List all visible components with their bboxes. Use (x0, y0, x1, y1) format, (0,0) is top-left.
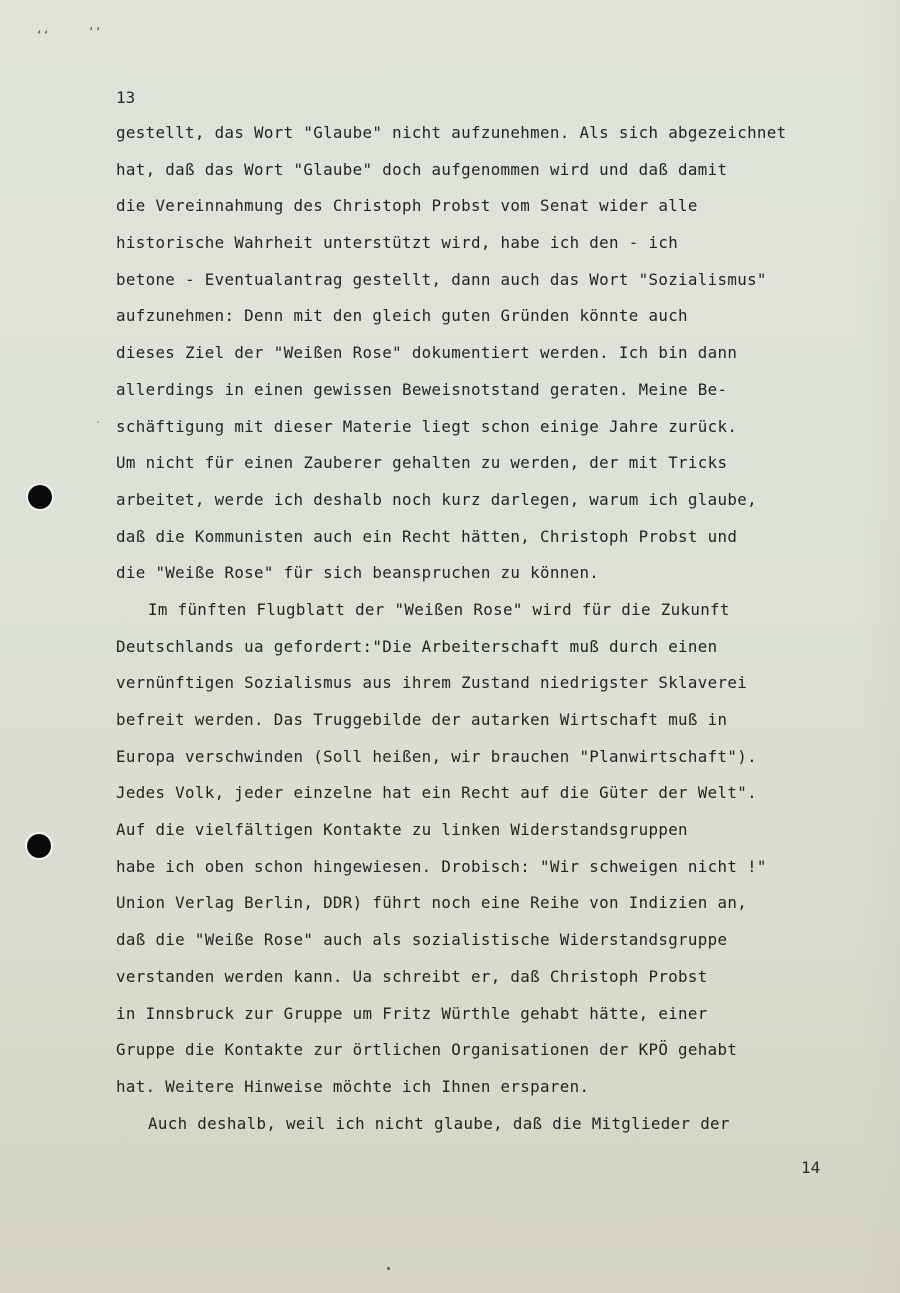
text-line: die "Weiße Rose" für sich beanspruchen z… (116, 563, 876, 600)
text-line: arbeitet, werde ich deshalb noch kurz da… (116, 490, 876, 527)
text-line: aufzunehmen: Denn mit den gleich guten G… (116, 306, 876, 343)
text-line: in Innsbruck zur Gruppe um Fritz Würthle… (116, 1004, 876, 1041)
text-line: befreit werden. Das Truggebilde der auta… (116, 710, 876, 747)
text-line: Deutschlands ua gefordert:"Die Arbeiters… (116, 637, 876, 674)
top-mark-left: ‘‘ (36, 30, 50, 41)
text-line: historische Wahrheit unterstützt wird, h… (116, 233, 876, 270)
top-mark-right: ’’ (88, 27, 102, 38)
text-line: dieses Ziel der "Weißen Rose" dokumentie… (116, 343, 876, 380)
text-line: schäftigung mit dieser Materie liegt sch… (116, 417, 876, 454)
text-line: Union Verlag Berlin, DDR) führt noch ein… (116, 893, 876, 930)
text-line: betone - Eventualantrag gestellt, dann a… (116, 270, 876, 307)
punch-hole-icon (28, 485, 52, 509)
text-line: Jedes Volk, jeder einzelne hat ein Recht… (116, 783, 876, 820)
text-line: Im fünften Flugblatt der "Weißen Rose" w… (116, 600, 876, 637)
speck-mark (387, 1267, 390, 1270)
text-line: verstanden werden kann. Ua schreibt er, … (116, 967, 876, 1004)
text-line: die Vereinnahmung des Christoph Probst v… (116, 196, 876, 233)
page-number-top: 13 (116, 88, 135, 107)
punch-hole-icon (27, 834, 51, 858)
page-number-bottom: 14 (801, 1158, 820, 1177)
text-line: daß die Kommunisten auch ein Recht hätte… (116, 527, 876, 564)
text-line: Auch deshalb, weil ich nicht glaube, daß… (116, 1114, 876, 1151)
speck-mark (97, 421, 99, 423)
typewritten-body: gestellt, das Wort "Glaube" nicht aufzun… (116, 123, 876, 1150)
document-page: ‘‘ ’’ 13 gestellt, das Wort "Glaube" nic… (0, 0, 900, 1293)
text-line: vernünftigen Sozialismus aus ihrem Zusta… (116, 673, 876, 710)
text-line: Europa verschwinden (Soll heißen, wir br… (116, 747, 876, 784)
text-line: Um nicht für einen Zauberer gehalten zu … (116, 453, 876, 490)
text-line: habe ich oben schon hingewiesen. Drobisc… (116, 857, 876, 894)
text-line: daß die "Weiße Rose" auch als sozialisti… (116, 930, 876, 967)
text-line: hat. Weitere Hinweise möchte ich Ihnen e… (116, 1077, 876, 1114)
text-line: Auf die vielfältigen Kontakte zu linken … (116, 820, 876, 857)
text-line: hat, daß das Wort "Glaube" doch aufgenom… (116, 160, 876, 197)
text-line: allerdings in einen gewissen Beweisnotst… (116, 380, 876, 417)
text-line: Gruppe die Kontakte zur örtlichen Organi… (116, 1040, 876, 1077)
text-line: gestellt, das Wort "Glaube" nicht aufzun… (116, 123, 876, 160)
